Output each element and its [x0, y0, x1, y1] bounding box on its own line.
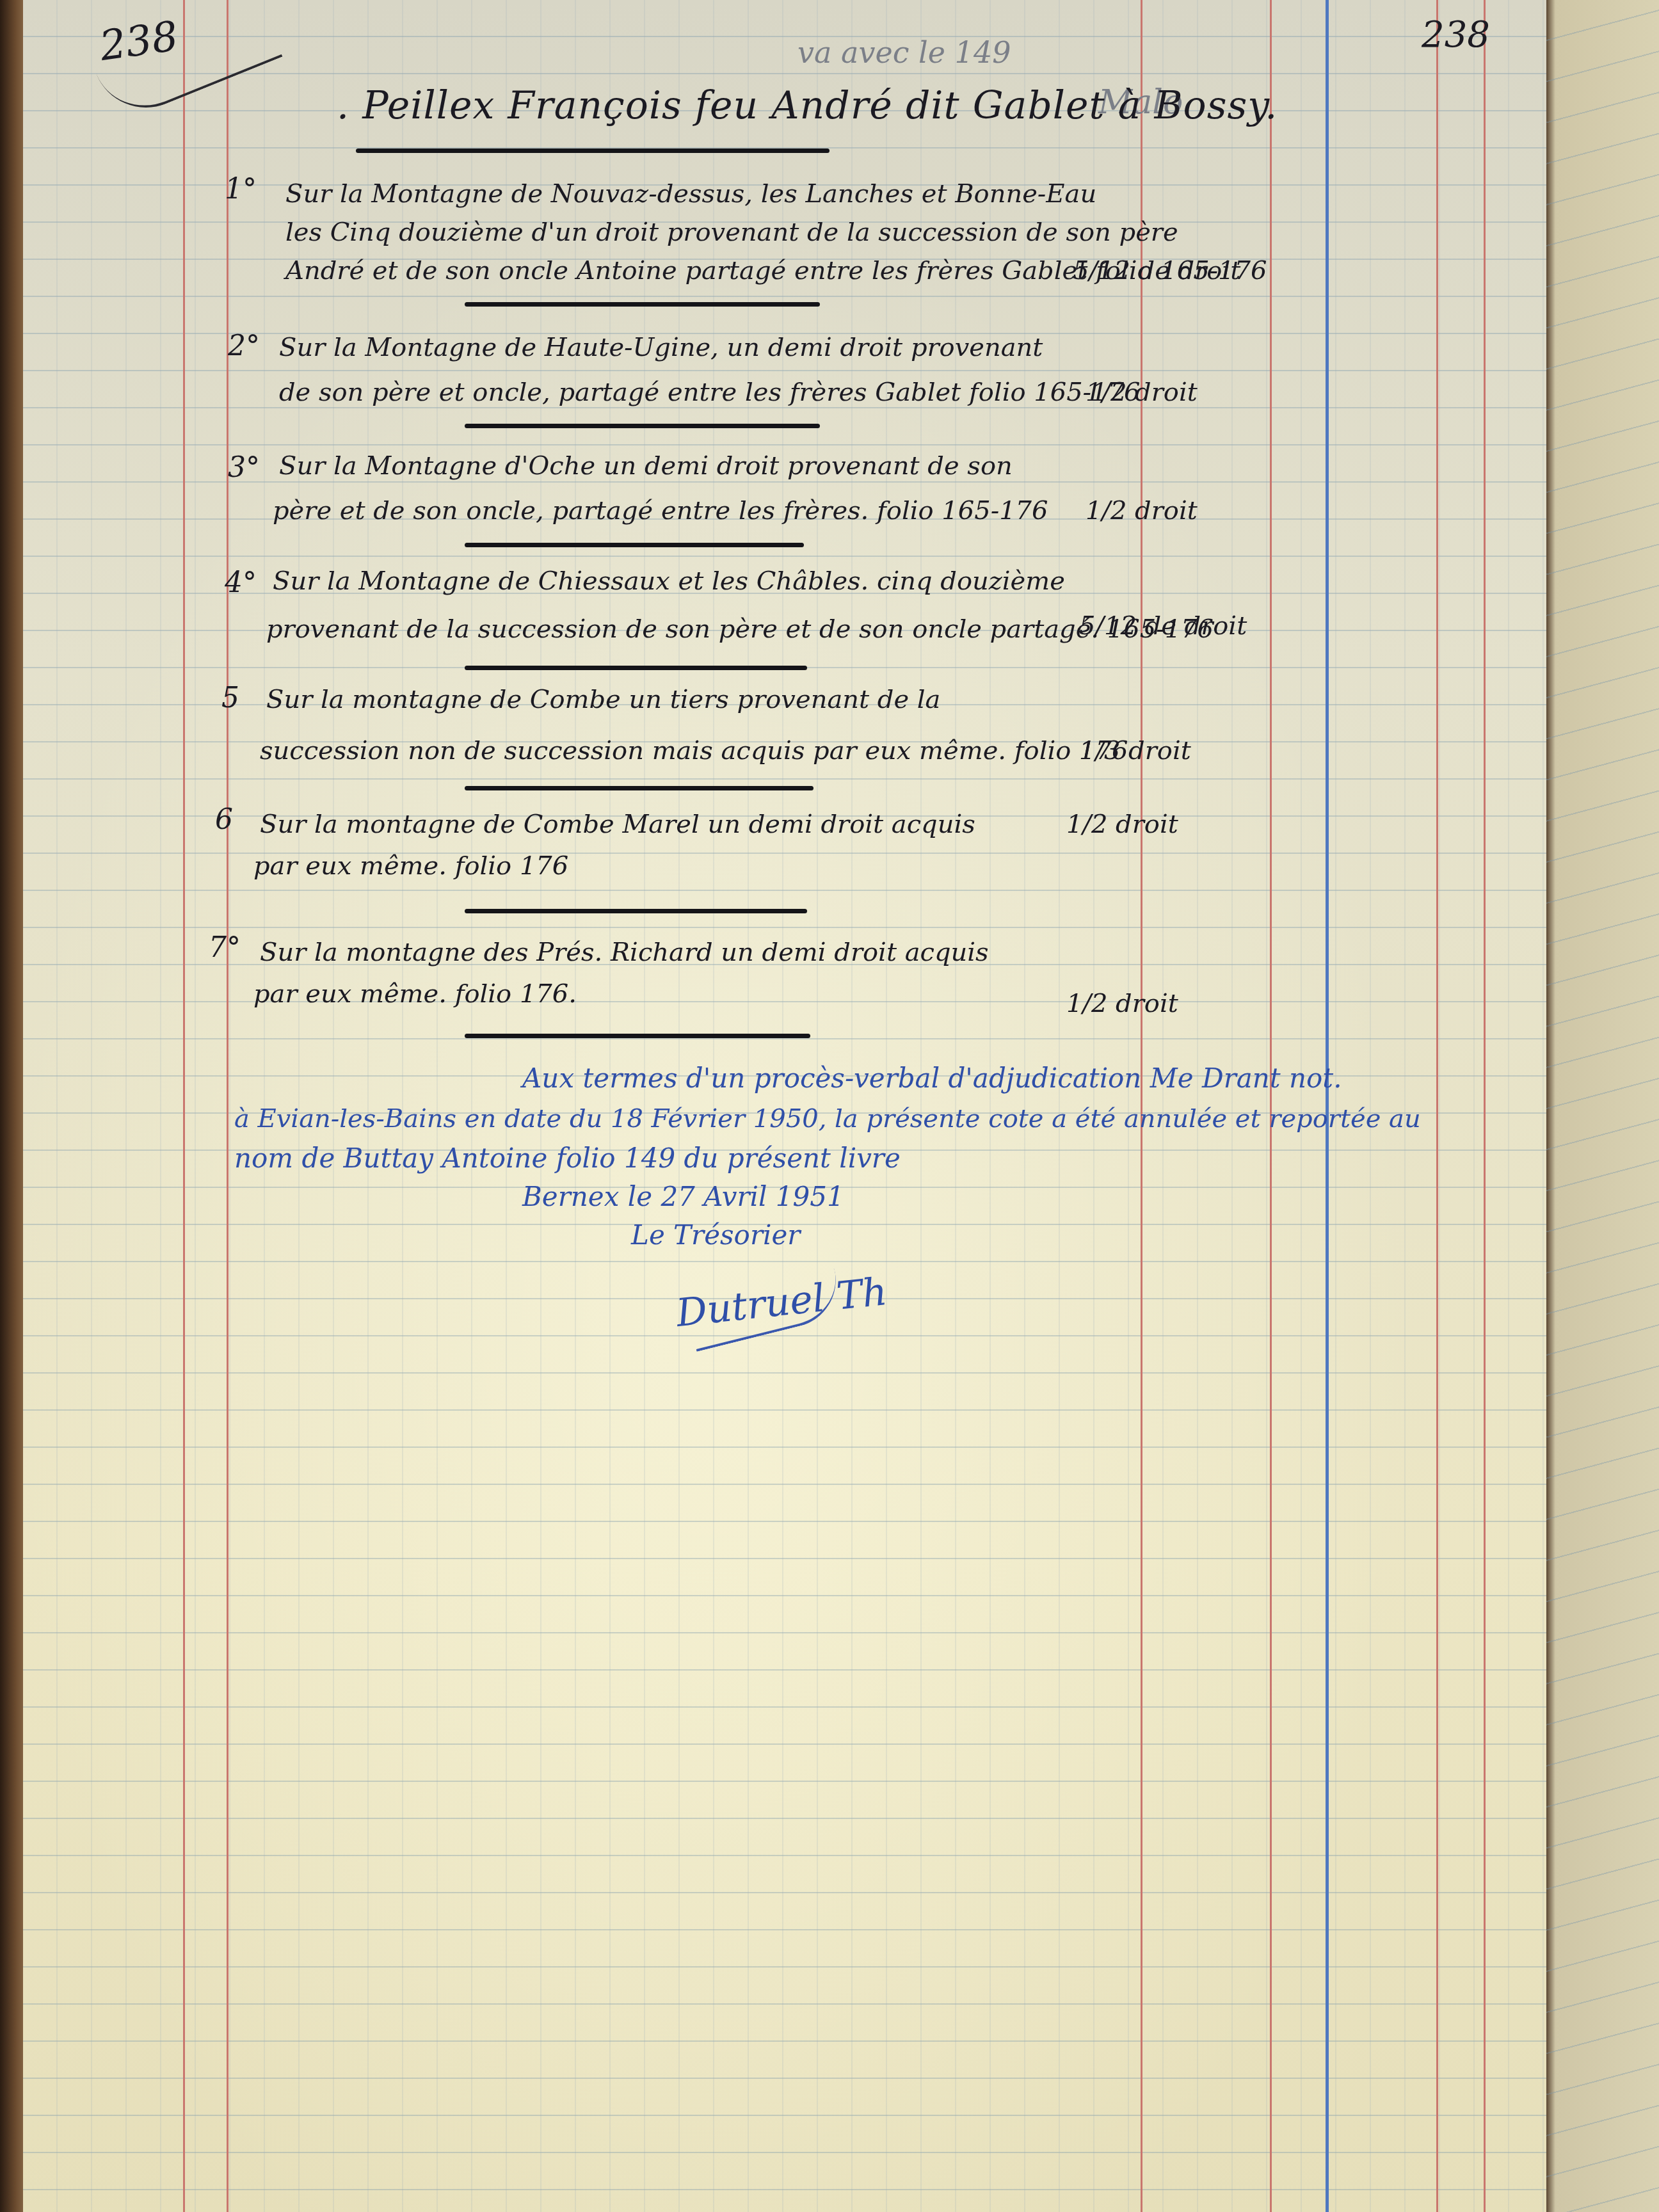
annotation-role: Le Trésorier: [631, 1219, 800, 1251]
margin-rule-red: [183, 0, 185, 2212]
entry-share: 5/12 de droit: [1079, 611, 1247, 641]
ledger-page: 238 238 va avec le 149 Malo . Peillex Fr…: [23, 0, 1546, 2212]
book-spine: [0, 0, 26, 2212]
entry-line: Sur la Montagne de Haute-Ugine, un demi …: [279, 333, 1043, 362]
entry-separator: [465, 302, 820, 307]
entry-line: par eux même. folio 176.: [253, 979, 577, 1009]
entry-line: les Cinq douzième d'un droit provenant d…: [285, 218, 1178, 247]
entry-number: 4°: [225, 566, 257, 599]
entry-share: 1/3 droit: [1079, 736, 1191, 765]
adjacent-page-rules: [1546, 0, 1659, 2212]
entry-share: 1/2 droit: [1066, 810, 1178, 839]
entry-line: Sur la montagne des Prés. Richard un dem…: [260, 938, 989, 967]
folio-number-right: 238: [1422, 14, 1490, 56]
annotation-line: à Evian-les-Bains en date du 18 Février …: [234, 1104, 1421, 1134]
cross-reference-note: va avec le 149: [797, 35, 1011, 70]
entry-number: 6: [215, 803, 233, 836]
entry-line: Sur la montagne de Combe un tiers proven…: [266, 685, 940, 714]
entry-line: par eux même. folio 176: [253, 851, 568, 881]
entry-line: provenant de la succession de son père e…: [266, 614, 1214, 644]
entry-line: de son père et oncle, partagé entre les …: [279, 378, 1140, 407]
entry-number: 2°: [228, 330, 260, 362]
page-title: . Peillex François feu André dit Gablet …: [337, 83, 1278, 128]
entry-line: Sur la Montagne de Nouvaz-dessus, les La…: [285, 179, 1096, 209]
adjacent-page-edge: [1546, 0, 1659, 2212]
entry-share: 1/2 droit: [1086, 496, 1198, 525]
annotation-line: nom de Buttay Antoine folio 149 du prése…: [234, 1142, 901, 1174]
entry-separator: [465, 424, 820, 428]
entry-line: père et de son oncle, partagé entre les …: [273, 496, 1048, 525]
entry-line: succession non de succession mais acquis…: [260, 736, 1128, 765]
entry-share: 1/2 droit: [1086, 378, 1198, 407]
entry-separator: [465, 1034, 810, 1038]
title-underline: [356, 148, 829, 153]
column-rule-red: [1436, 0, 1438, 2212]
entry-share: 1/2 droit: [1066, 989, 1178, 1018]
entry-line: Sur la Montagne d'Oche un demi droit pro…: [279, 451, 1013, 481]
entry-separator: [465, 786, 813, 790]
entry-number: 7°: [209, 931, 241, 964]
entry-number: 3°: [228, 451, 260, 484]
entry-line: Sur la Montagne de Chiessaux et les Châb…: [273, 566, 1065, 596]
annotation-place-date: Bernex le 27 Avril 1951: [522, 1181, 844, 1212]
entry-separator: [465, 666, 807, 670]
column-rule-red: [1484, 0, 1486, 2212]
annotation-line: Aux termes d'un procès-verbal d'adjudica…: [522, 1062, 1342, 1094]
entry-number: 1°: [225, 173, 257, 205]
entry-separator: [465, 543, 804, 547]
entry-separator: [465, 909, 807, 913]
entry-share: 5/12 de droit: [1073, 256, 1240, 285]
entry-number: 5: [221, 682, 239, 714]
entry-line: Sur la montagne de Combe Marel un demi d…: [260, 810, 975, 839]
